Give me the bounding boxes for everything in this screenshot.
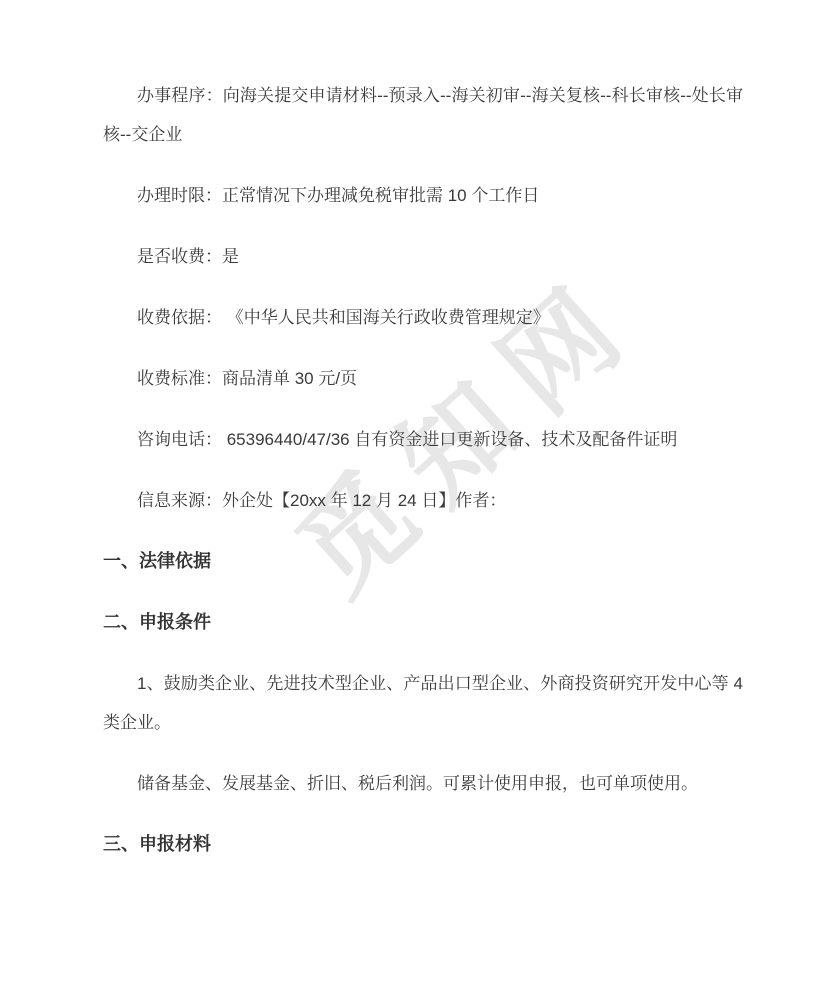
paragraph-processing-time: 办理时限：正常情况下办理减免税审批需 10 个工作日 <box>103 176 743 215</box>
section-heading-declare-condition: 二、申报条件 <box>103 603 743 642</box>
document-body: 办事程序：向海关提交申请材料--预录入--海关初审--海关复核--科长审核--处… <box>103 76 743 886</box>
section-heading-legal-basis: 一、法律依据 <box>103 542 743 581</box>
paragraph-enterprise-types: 1、鼓励类企业、先进技术型企业、产品出口型企业、外商投资研究开发中心等 4 类企… <box>103 664 743 742</box>
paragraph-fee-required: 是否收费：是 <box>103 237 743 276</box>
paragraph-fund-usage: 储备基金、发展基金、折旧、税后利润。可累计使用申报，也可单项使用。 <box>103 764 743 803</box>
paragraph-fee-standard: 收费标准：商品清单 30 元/页 <box>103 359 743 398</box>
section-heading-declare-materials: 三、申报材料 <box>103 825 743 864</box>
paragraph-info-source: 信息来源：外企处【20xx 年 12 月 24 日】作者： <box>103 481 743 520</box>
document-page: 觅知网 办事程序：向海关提交申请材料--预录入--海关初审--海关复核--科长审… <box>0 0 830 986</box>
paragraph-fee-basis: 收费依据： 《中华人民共和国海关行政收费管理规定》 <box>103 298 743 337</box>
paragraph-office-procedure: 办事程序：向海关提交申请材料--预录入--海关初审--海关复核--科长审核--处… <box>103 76 743 154</box>
paragraph-inquiry-phone: 咨询电话： 65396440/47/36 自有资金进口更新设备、技术及配备件证明 <box>103 420 743 459</box>
